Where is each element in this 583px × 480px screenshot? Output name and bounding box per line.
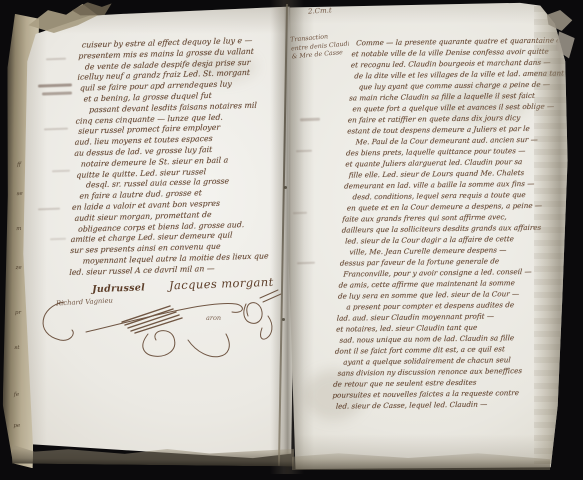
edge-bleed-mark: ze — [16, 265, 22, 271]
edge-bleed-mark: st — [14, 345, 19, 351]
book-gutter — [270, 0, 304, 474]
deckle-edge-right — [534, 6, 568, 464]
flourish-underloop-1 — [143, 331, 175, 357]
edge-bleed-mark: ff — [17, 162, 21, 168]
edge-bleed-mark: se — [17, 191, 23, 197]
signature-flourish — [30, 288, 282, 366]
left-page: cuiseur by estre al effect dequoy le luy… — [16, 2, 298, 460]
edge-bleed-mark: m — [16, 226, 21, 232]
ink-smudge — [46, 58, 66, 61]
folio-mark: 2.Cm.t — [308, 6, 332, 15]
ink-smudge — [38, 83, 72, 87]
book-scan: ff semzeprstfepe cuiseur by estre al eff… — [0, 0, 583, 480]
binding-stitch — [282, 318, 285, 321]
flourish-hatch — [122, 306, 182, 333]
ink-smudge — [44, 128, 68, 131]
flourish-underloop-2 — [188, 334, 229, 357]
left-page-text: cuiseur by estre al effect dequoy le luy… — [69, 35, 281, 279]
ink-smudge — [42, 91, 72, 95]
right-page: 2.Cm.t Transaction entre denis Claudin& … — [288, 0, 578, 472]
ink-smudge — [52, 170, 70, 173]
ink-smudge — [38, 208, 60, 211]
paraph-loop-1 — [244, 303, 262, 324]
edge-bleed-mark: pr — [15, 310, 21, 316]
edge-bleed-mark: pe — [13, 423, 20, 429]
flourish-open-loop — [43, 302, 73, 340]
edge-bleed-mark: fe — [14, 392, 20, 398]
manuscript-line: led. sieur de Casse, lequel led. Claudin… — [336, 398, 559, 412]
binding-stitch — [284, 186, 287, 189]
ink-smudge — [50, 238, 66, 241]
